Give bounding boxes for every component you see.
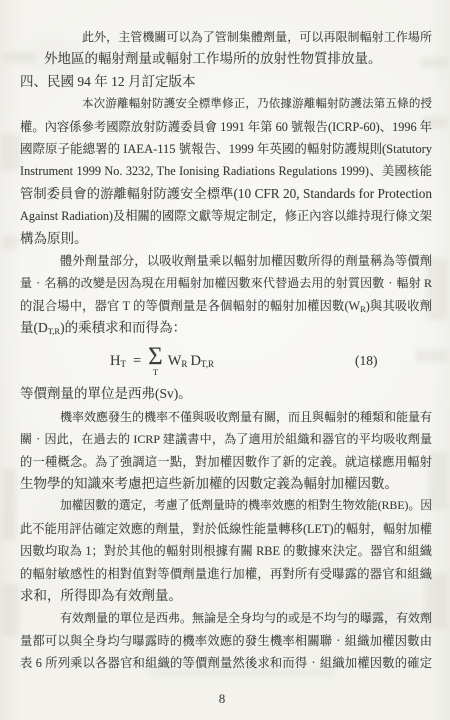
text-line: Against Radiation)及相關的國際文獻等規定制定，修正內容以維持現… [20,205,432,227]
text-line: 四、民國 94 年 12 月訂定版本 [20,71,432,93]
lines-after-formula: 等價劑量的單位是西弗(Sv)。機率效應發生的機率不僅與吸收劑量有關，而且與輻射的… [20,383,432,674]
page-number: 8 [0,691,444,707]
text-line: 的輻射敏感性的相對值對等價劑量進行加權，再對所有受曝露的器官和組織 [20,563,432,585]
text-line: 的混合場中，器官 T 的等價劑量是各個輻射的輻射加權因數(WR)與其吸收劑 [20,295,432,317]
text-line: 加權因數的選定，考慮了低劑量時的機率效應的相對生物效能(RBE)。因 [20,495,432,517]
text-line: 外地區的輻射劑量或輻射工作場所的放射性物質排放量。 [20,48,432,70]
equation-term-dtr: DT,R [190,353,214,370]
text-line: 機率效應發生的機率不僅與吸收劑量有關，而且與輻射的種類和能量有 [20,406,432,428]
bleed-through-mark [2,584,19,636]
equation-lhs: HT [110,353,126,370]
bleed-through-mark [2,236,18,249]
text-line: 國際原子能總署的 IAEA-115 號報告、1999 年英國的輻射防護規則(St… [20,138,432,160]
text-line: 生物學的知識來考慮把這些新加權的因數定義為輻射加權因數。 [20,473,432,495]
text-line: 本次游離輻射防護安全標準修正，乃依據游離輻射防護法第五條的授 [20,93,432,115]
text-line: 等價劑量的單位是西弗(Sv)。 [20,383,432,405]
text-line: 的一種概念。為了強調這一點，對加權因數作了新的定義。就這樣應用輻射 [20,451,432,473]
text-line: 表 6 所列乘以各器官和組織的等價劑量然後求和而得‧組織加權因數的確定 [20,652,432,674]
equation-term-wr: WR [168,353,188,370]
equals-sign: = [133,353,141,370]
text-line: 此不能用評估確定效應的劑量，對於低線性能量轉移(LET)的輻射，輻射加權 [20,518,432,540]
text-line: 構為原則。 [20,228,432,250]
scanned-document-page: 此外，主管機關可以為了管制集體劑量，可以再限制輻射工作場所外地區的輻射劑量或輻射… [0,0,450,720]
text-line: 權。內容係參考國際放射防護委員會 1991 年第 60 號報告(ICRP-60)… [20,116,432,138]
text-line: 關‧因此，在過去的 ICRP 建議書中，為了適用於組織和器官的平均吸收劑量 [20,428,432,450]
bleed-through-mark [1,134,21,170]
lines-before-formula: 此外，主管機關可以為了管制集體劑量，可以再限制輻射工作場所外地區的輻射劑量或輻射… [20,26,432,339]
text-line: 此外，主管機關可以為了管制集體劑量，可以再限制輻射工作場所 [20,26,432,48]
text-line: 量(DT,R)的乘積求和而得為： [20,317,432,339]
text-line: 量都可以與全身均勻曝露時的機率效應的發生機率相關聯‧組織加權因數由 [20,630,432,652]
text-line: 求和，所得即為有效劑量。 [20,585,432,607]
sigma-symbol: Σ T [148,346,163,377]
bleed-through-mark [2,468,16,540]
text-line: 管制委員會的游離輻射防護安全標準(10 CFR 20, Standards fo… [20,183,432,205]
text-line: Instrument 1999 No. 3232, The Ionising R… [20,160,432,182]
text-line: 有效劑量的單位是西弗。無論是全身均勻的或是不均勻的曝露，有效劑 [20,607,432,629]
text-line: 體外劑量部分，以吸收劑量乘以輻射加權因數所得的劑量稱為等價劑 [20,250,432,272]
text-line: 因數均取為 1；對於其他的輻射則根據有關 RBE 的數據來決定。器官和組織 [20,540,432,562]
text-line: 量‧名稱的改變是因為現在用輻射加權因數來代替過去用的射質因數‧輻射 R [20,272,432,294]
text-column: 此外，主管機關可以為了管制集體劑量，可以再限制輻射工作場所外地區的輻射劑量或輻射… [20,26,432,675]
equation-18: HT = Σ T WR DT,R (18) [20,339,432,383]
equation-number: (18) [355,353,378,369]
